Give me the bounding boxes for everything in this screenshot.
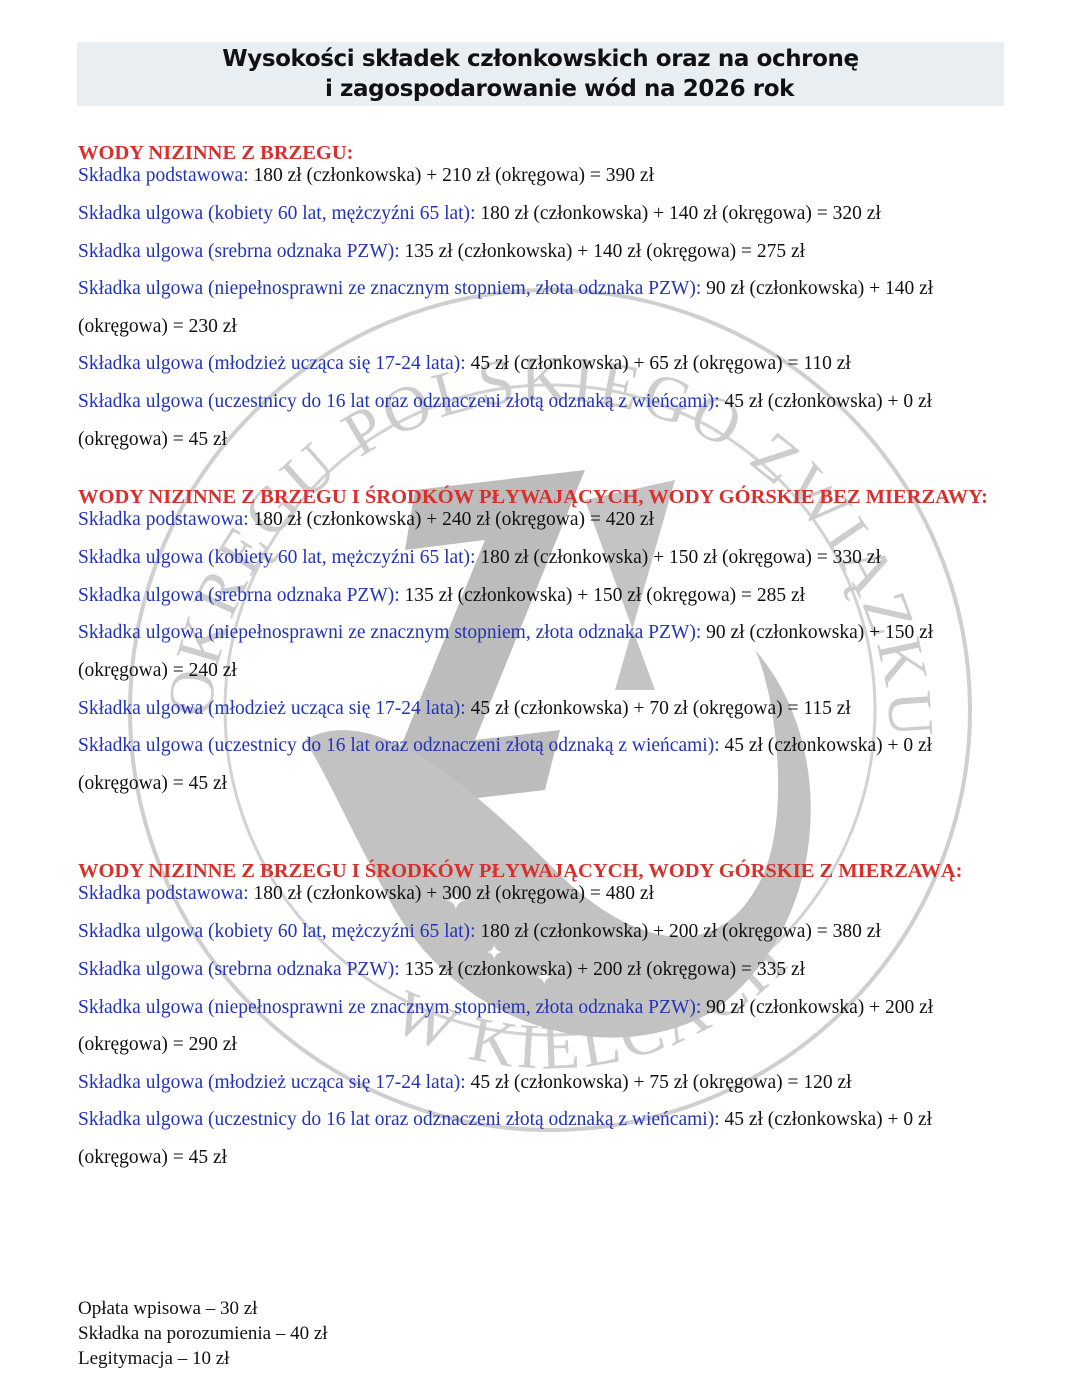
section-heading: WODY NIZINNE Z BRZEGU: [78,144,1018,163]
section-lowland-boats-mountain-with-mierzawa: WODY NIZINNE Z BRZEGU I ŚRODKÓW PŁYWAJĄC… [78,862,1018,1176]
fee-row: Składka ulgowa (kobiety 60 lat, mężczyźn… [78,195,1018,233]
additional-fees: Opłata wpisowa – 30 zł Składka na porozu… [78,1296,328,1371]
fee-label: Składka ulgowa (kobiety 60 lat, mężczyźn… [78,547,470,568]
fee-separator: : [470,547,480,568]
fee-membership-card: Legitymacja – 10 zł [78,1346,328,1371]
fee-label: Składka ulgowa (srebrna odznaka PZW) [78,241,394,262]
fee-row: Składka podstawowa: 180 zł (członkowska)… [78,881,1018,906]
fee-value: 135 zł (członkowska) + 200 zł (okręgowa)… [405,959,806,980]
fee-value: 180 zł (członkowska) + 140 zł (okręgowa)… [480,203,881,224]
fee-label: Składka ulgowa (młodzież ucząca się 17-2… [78,698,460,719]
fee-entry-fee: Opłata wpisowa – 30 zł [78,1296,328,1321]
fee-label: Składka ulgowa (uczestnicy do 16 lat ora… [78,391,714,412]
section-heading: WODY NIZINNE Z BRZEGU I ŚRODKÓW PŁYWAJĄC… [78,862,1018,881]
fee-value: 135 zł (członkowska) + 140 zł (okręgowa)… [405,241,806,262]
section-lowland-shore: WODY NIZINNE Z BRZEGU: Składka podstawow… [78,144,1018,458]
fee-separator: : [243,509,253,530]
fee-row: Składka ulgowa (srebrna odznaka PZW): 13… [78,951,1018,989]
fee-row: Składka ulgowa (niepełnosprawni ze znacz… [78,614,1018,689]
fee-label: Składka ulgowa (młodzież ucząca się 17-2… [78,353,460,374]
fee-label: Składka podstawowa [78,883,243,904]
fee-separator: : [470,203,480,224]
fee-row: Składka ulgowa (niepełnosprawni ze znacz… [78,270,1018,345]
fee-value: 135 zł (członkowska) + 150 zł (okręgowa)… [405,585,806,606]
fee-row: Składka ulgowa (uczestnicy do 16 lat ora… [78,727,1018,802]
fee-separator: : [243,165,253,186]
fee-value: 180 zł (członkowska) + 200 zł (okręgowa)… [480,921,881,942]
fee-label: Składka podstawowa [78,165,243,186]
fee-value: 180 zł (członkowska) + 150 zł (okręgowa)… [480,547,881,568]
fee-label: Składka podstawowa [78,509,243,530]
fee-separator: : [696,278,706,299]
fee-separator: : [394,959,404,980]
fee-row: Składka ulgowa (młodzież ucząca się 17-2… [78,690,1018,728]
fee-row: Składka ulgowa (młodzież ucząca się 17-2… [78,345,1018,383]
fee-label: Składka ulgowa (kobiety 60 lat, mężczyźn… [78,203,470,224]
section-lowland-boats-mountain-without-mierzawa: WODY NIZINNE Z BRZEGU I ŚRODKÓW PŁYWAJĄC… [78,488,1018,802]
fees-content: WODY NIZINNE Z BRZEGU: Składka podstawow… [78,144,1018,1176]
fee-agreements: Składka na porozumienia – 40 zł [78,1321,328,1346]
fee-row: Składka ulgowa (młodzież ucząca się 17-2… [78,1064,1018,1102]
fee-row: Składka podstawowa: 180 zł (członkowska)… [78,507,1018,532]
fee-separator: : [714,391,724,412]
fee-row: Składka podstawowa: 180 zł (członkowska)… [78,163,1018,188]
fee-label: Składka ulgowa (srebrna odznaka PZW) [78,959,394,980]
fee-separator: : [460,353,470,374]
fee-value: 45 zł (członkowska) + 65 zł (okręgowa) =… [471,353,851,374]
fee-label: Składka ulgowa (kobiety 60 lat, mężczyźn… [78,921,470,942]
fee-separator: : [394,241,404,262]
title-line-1: Wysokości składek członkowskich oraz na … [222,46,858,72]
fee-row: Składka ulgowa (srebrna odznaka PZW): 13… [78,577,1018,615]
section-heading: WODY NIZINNE Z BRZEGU I ŚRODKÓW PŁYWAJĄC… [78,488,1018,507]
fee-label: Składka ulgowa (uczestnicy do 16 lat ora… [78,1109,714,1130]
fee-value: 180 zł (członkowska) + 300 zł (okręgowa)… [253,883,654,904]
document-title: Wysokości składek członkowskich oraz na … [77,44,1004,104]
fee-value: 180 zł (członkowska) + 240 zł (okręgowa)… [253,509,654,530]
fee-value: 180 zł (członkowska) + 210 zł (okręgowa)… [253,165,654,186]
fee-separator: : [696,622,706,643]
fee-value: 45 zł (członkowska) + 75 zł (okręgowa) =… [471,1072,852,1093]
fee-separator: : [243,883,253,904]
fee-separator: : [394,585,404,606]
fee-label: Składka ulgowa (srebrna odznaka PZW) [78,585,394,606]
fee-label: Składka ulgowa (uczestnicy do 16 lat ora… [78,735,714,756]
fee-label: Składka ulgowa (młodzież ucząca się 17-2… [78,1072,460,1093]
fee-row: Składka ulgowa (uczestnicy do 16 lat ora… [78,1101,1018,1176]
fee-row: Składka ulgowa (niepełnosprawni ze znacz… [78,989,1018,1064]
fee-label: Składka ulgowa (niepełnosprawni ze znacz… [78,622,696,643]
fee-separator: : [696,997,706,1018]
fee-row: Składka ulgowa (uczestnicy do 16 lat ora… [78,383,1018,458]
fee-value: 45 zł (członkowska) + 70 zł (okręgowa) =… [471,698,851,719]
title-line-2: i zagospodarowanie wód na 2026 rok [77,74,1004,104]
fee-separator: : [714,735,724,756]
fee-separator: : [460,698,470,719]
fee-label: Składka ulgowa (niepełnosprawni ze znacz… [78,278,696,299]
title-banner: Wysokości składek członkowskich oraz na … [77,42,1004,106]
fee-label: Składka ulgowa (niepełnosprawni ze znacz… [78,997,696,1018]
fee-row: Składka ulgowa (srebrna odznaka PZW): 13… [78,233,1018,271]
fee-separator: : [714,1109,724,1130]
fee-row: Składka ulgowa (kobiety 60 lat, mężczyźn… [78,913,1018,951]
fee-row: Składka ulgowa (kobiety 60 lat, mężczyźn… [78,539,1018,577]
fee-separator: : [460,1072,470,1093]
fee-separator: : [470,921,480,942]
